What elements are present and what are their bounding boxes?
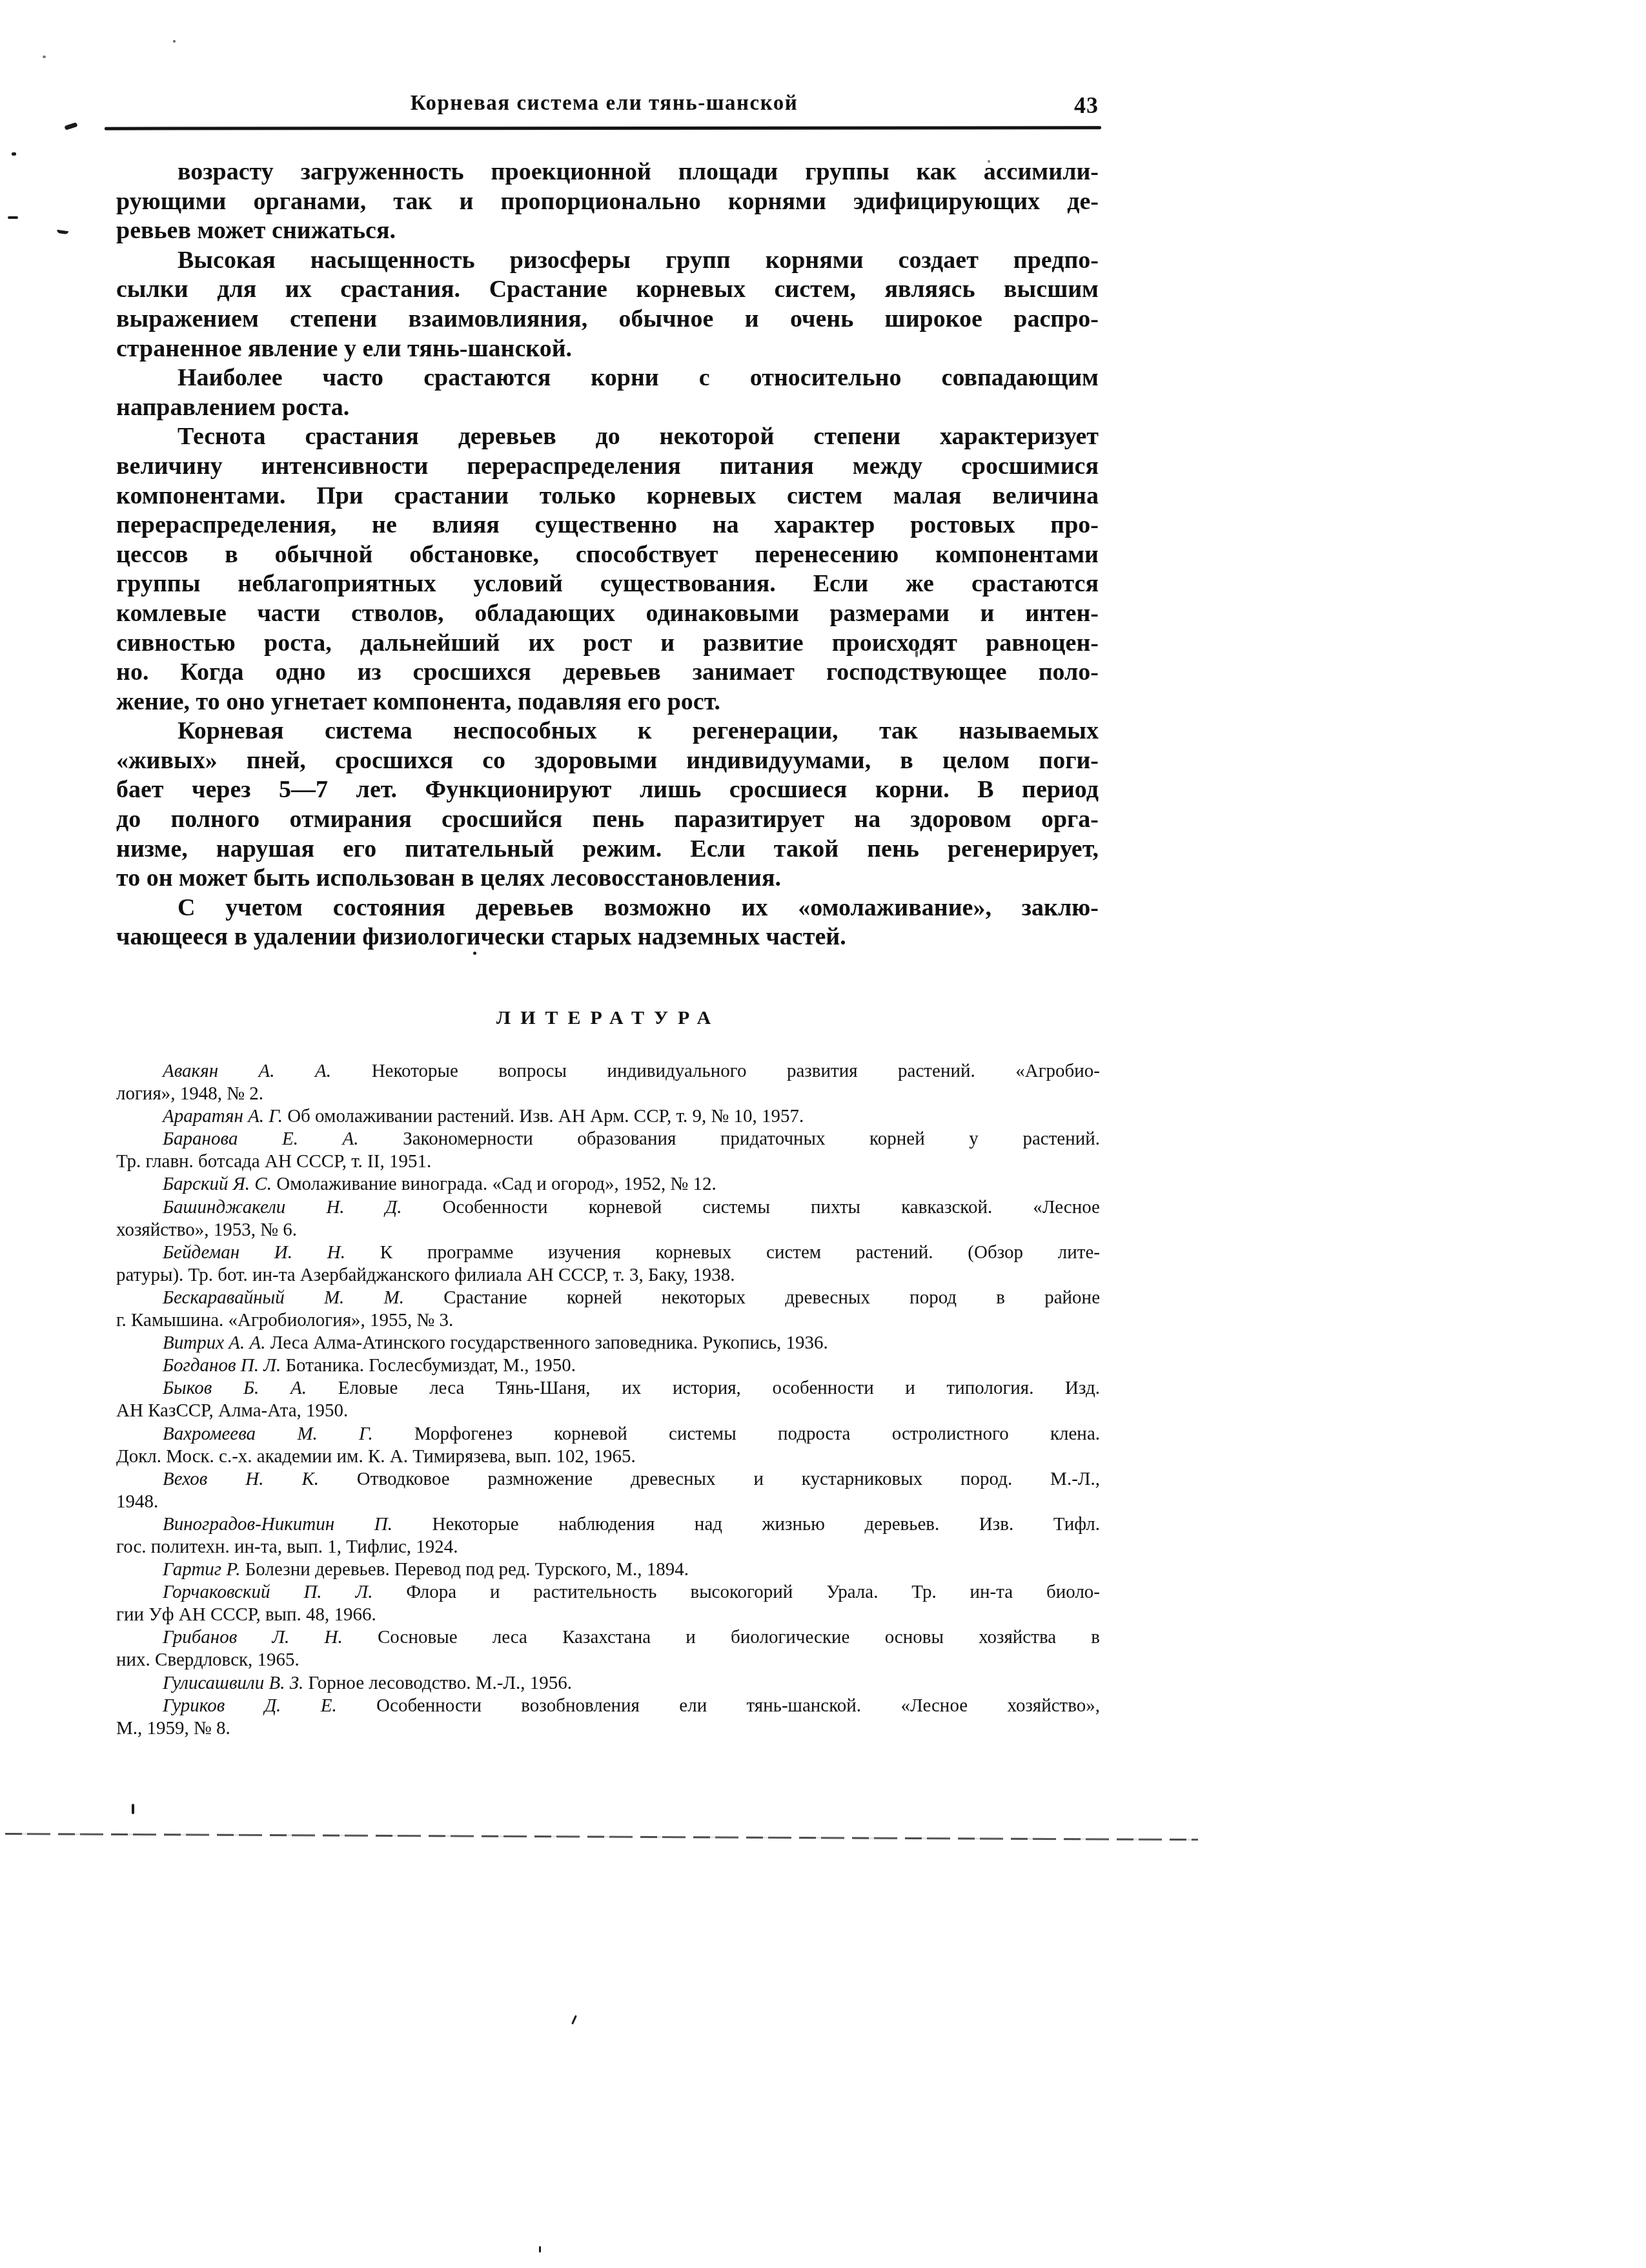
- entry-author: Виноградов-Никитин П.: [163, 1514, 392, 1535]
- body-text-line: до полного отмирания сросшийся пень пара…: [116, 805, 1099, 835]
- bibliography-entry-line: Баранова Е. А. Закономерности образовани…: [116, 1128, 1100, 1150]
- scan-speck: [173, 40, 176, 43]
- body-text-line: сивностью роста, дальнейший их рост и ра…: [116, 629, 1099, 659]
- body-text-line: цессов в обычной обстановке, способствуе…: [116, 540, 1099, 570]
- bibliography-entry-line: ратуры). Тр. бот. ин-та Азербайджанского…: [116, 1264, 1100, 1287]
- scan-speck: [571, 2015, 577, 2025]
- body-text-line: группы неблагоприятных условий существов…: [116, 569, 1099, 599]
- entry-author: Быков Б. А.: [163, 1378, 307, 1398]
- body-text-line: Наиболее часто срастаются корни с относи…: [116, 363, 1099, 393]
- bibliography-entry-line: Богданов П. Л. Ботаника. Гослесбумиздат,…: [116, 1354, 1100, 1377]
- entry-author: Богданов П. Л.: [163, 1355, 281, 1376]
- body-text-line: компонентами. При срастании только корне…: [116, 482, 1099, 511]
- body-text-line: «живых» пней, сросшихся со здоровыми инд…: [116, 746, 1099, 776]
- bibliography-entry-line: Горчаковский П. Л. Флора и растительност…: [116, 1581, 1100, 1604]
- body-text-line: жение, то оно угнетает компонента, подав…: [116, 688, 1099, 717]
- body-text-line: выражением степени взаимовлияния, обычно…: [116, 305, 1099, 334]
- bibliography-entry-line: Виноградов-Никитин П. Некоторые наблюден…: [116, 1513, 1100, 1536]
- scan-fold-line: [5, 1833, 1198, 1841]
- entry-author: Вехов Н. К.: [163, 1469, 319, 1489]
- body-text-line: то он может быть использован в целях лес…: [116, 864, 1099, 894]
- body-text-line: Корневая система неспособных к регенерац…: [116, 717, 1099, 746]
- entry-author: Авакян А. А.: [163, 1061, 331, 1081]
- bibliography-entry-line: Гулисашвили В. З. Горное лесоводство. М.…: [116, 1672, 1100, 1695]
- bibliography-entry-line: г. Камышина. «Агробиология», 1955, № 3.: [116, 1309, 1100, 1332]
- entry-author: Горчаковский П. Л.: [163, 1582, 372, 1602]
- body-text-line: страненное явление у ели тянь-шанской.: [116, 334, 1099, 364]
- bibliography-entry-line: Араратян А. Г. Об омолаживании растений.…: [116, 1105, 1100, 1128]
- bibliography-entry-line: Барский Я. С. Омолаживание винограда. «С…: [116, 1173, 1100, 1196]
- entry-author: Башинджакели Н. Д.: [163, 1197, 401, 1218]
- body-text-line: рующими органами, так и пропорционально …: [116, 187, 1099, 217]
- body-text-line: величину интенсивности перераспределения…: [116, 452, 1099, 482]
- body-text-line: направлением роста.: [116, 393, 1099, 423]
- bibliography-entry-line: Тр. главн. ботсада АН СССР, т. II, 1951.: [116, 1150, 1100, 1173]
- scan-speck: [915, 651, 918, 657]
- bibliography-entry-line: Бейдеман И. Н. К программе изучения корн…: [116, 1241, 1100, 1264]
- bibliography-entry-line: Авакян А. А. Некоторые вопросы индивидуа…: [116, 1060, 1100, 1083]
- body-text-line: бает через 5—7 лет. Функционируют лишь с…: [116, 775, 1099, 805]
- entry-author: Бескаравайный М. М.: [163, 1287, 404, 1308]
- bibliography-entry-line: Докл. Моск. с.-х. академии им. К. А. Тим…: [116, 1446, 1100, 1468]
- entry-author: Бейдеман И. Н.: [163, 1242, 345, 1263]
- entry-author: Гуриков Д. Е.: [163, 1695, 337, 1716]
- bibliography-entry-line: гии Уф АН СССР, вып. 48, 1966.: [116, 1604, 1100, 1626]
- header-rule: [105, 126, 1101, 130]
- scan-speck: [988, 160, 990, 163]
- bibliography-entry-line: них. Свердловск, 1965.: [116, 1649, 1100, 1671]
- body-text-line: чающееся в удалении физиологически стары…: [116, 923, 1099, 952]
- entry-author: Гулисашвили В. З.: [163, 1673, 303, 1693]
- page-number: 43: [1074, 92, 1099, 119]
- bibliography-entry-line: Гартиг Р. Болезни деревьев. Перевод под …: [116, 1558, 1100, 1581]
- bibliography-entry-line: 1948.: [116, 1491, 1100, 1513]
- entry-author: Баранова Е. А.: [163, 1129, 359, 1149]
- running-header: Корневая система ели тянь-шанской 43: [108, 92, 1100, 123]
- bibliography: Авакян А. А. Некоторые вопросы индивидуа…: [116, 1060, 1100, 1740]
- entry-author: Гартиг Р.: [163, 1559, 240, 1580]
- bibliography-entry-line: Быков Б. А. Еловые леса Тянь-Шаня, их ис…: [116, 1377, 1100, 1400]
- scan-speck: [12, 152, 16, 156]
- entry-author: Араратян А. Г.: [163, 1106, 283, 1127]
- scan-speck: [473, 952, 476, 955]
- bibliography-entry-line: Бескаравайный М. М. Срастание корней нек…: [116, 1287, 1100, 1309]
- bibliography-entry-line: гос. политехн. ин-та, вып. 1, Тифлис, 19…: [116, 1536, 1100, 1558]
- bibliography-entry-line: Гуриков Д. Е. Особенности возобновления …: [116, 1695, 1100, 1717]
- bibliography-entry-line: АН КазССР, Алма-Ата, 1950.: [116, 1400, 1100, 1422]
- body-text-line: но. Когда одно из сросшихся деревьев зан…: [116, 658, 1099, 688]
- bibliography-entry-line: Витрих А. А. Леса Алма-Атинского государ…: [116, 1332, 1100, 1354]
- body-text-line: ревьев может снижаться.: [116, 216, 1099, 246]
- scanned-page: Корневая система ели тянь-шанской 43 воз…: [0, 0, 1646, 2268]
- scan-speck: [539, 2246, 541, 2253]
- scan-speck: [8, 216, 18, 219]
- body-text-line: возрасту загруженность проекционной площ…: [116, 158, 1099, 187]
- body-text-line: комлевые части стволов, обладающих одина…: [116, 599, 1099, 629]
- literature-heading: ЛИТЕРАТУРА: [110, 1007, 1097, 1029]
- scan-speck: [57, 230, 69, 234]
- bibliography-entry-line: Грибанов Л. Н. Сосновые леса Казахстана …: [116, 1626, 1100, 1649]
- page-header-title: Корневая система ели тянь-шанской: [108, 92, 1100, 116]
- bibliography-entry-line: М., 1959, № 8.: [116, 1717, 1100, 1740]
- bibliography-entry-line: Вехов Н. К. Отводковое размножение древе…: [116, 1468, 1100, 1491]
- entry-author: Барский Я. С.: [163, 1174, 272, 1194]
- entry-author: Вахромеева М. Г.: [163, 1424, 373, 1444]
- bibliography-entry-line: логия», 1948, № 2.: [116, 1083, 1100, 1105]
- body-text-line: низме, нарушая его питательный режим. Ес…: [116, 835, 1099, 864]
- scan-speck: [132, 1804, 134, 1814]
- scan-speck: [43, 56, 46, 58]
- body-text-line: Высокая насыщенность ризосферы групп кор…: [116, 246, 1099, 276]
- body-text: возрасту загруженность проекционной площ…: [116, 158, 1099, 952]
- bibliography-entry-line: хозяйство», 1953, № 6.: [116, 1219, 1100, 1241]
- body-text-line: сылки для их срастания. Срастание корнев…: [116, 275, 1099, 305]
- entry-author: Витрих А. А.: [163, 1333, 265, 1353]
- bibliography-entry-line: Вахромеева М. Г. Морфогенез корневой сис…: [116, 1423, 1100, 1446]
- scan-speck: [64, 122, 77, 130]
- body-text-line: Теснота срастания деревьев до некоторой …: [116, 422, 1099, 452]
- body-text-line: С учетом состояния деревьев возможно их …: [116, 894, 1099, 923]
- bibliography-entry-line: Башинджакели Н. Д. Особенности корневой …: [116, 1196, 1100, 1219]
- body-text-line: перераспределения, не влияя существенно …: [116, 511, 1099, 540]
- entry-author: Грибанов Л. Н.: [163, 1627, 343, 1648]
